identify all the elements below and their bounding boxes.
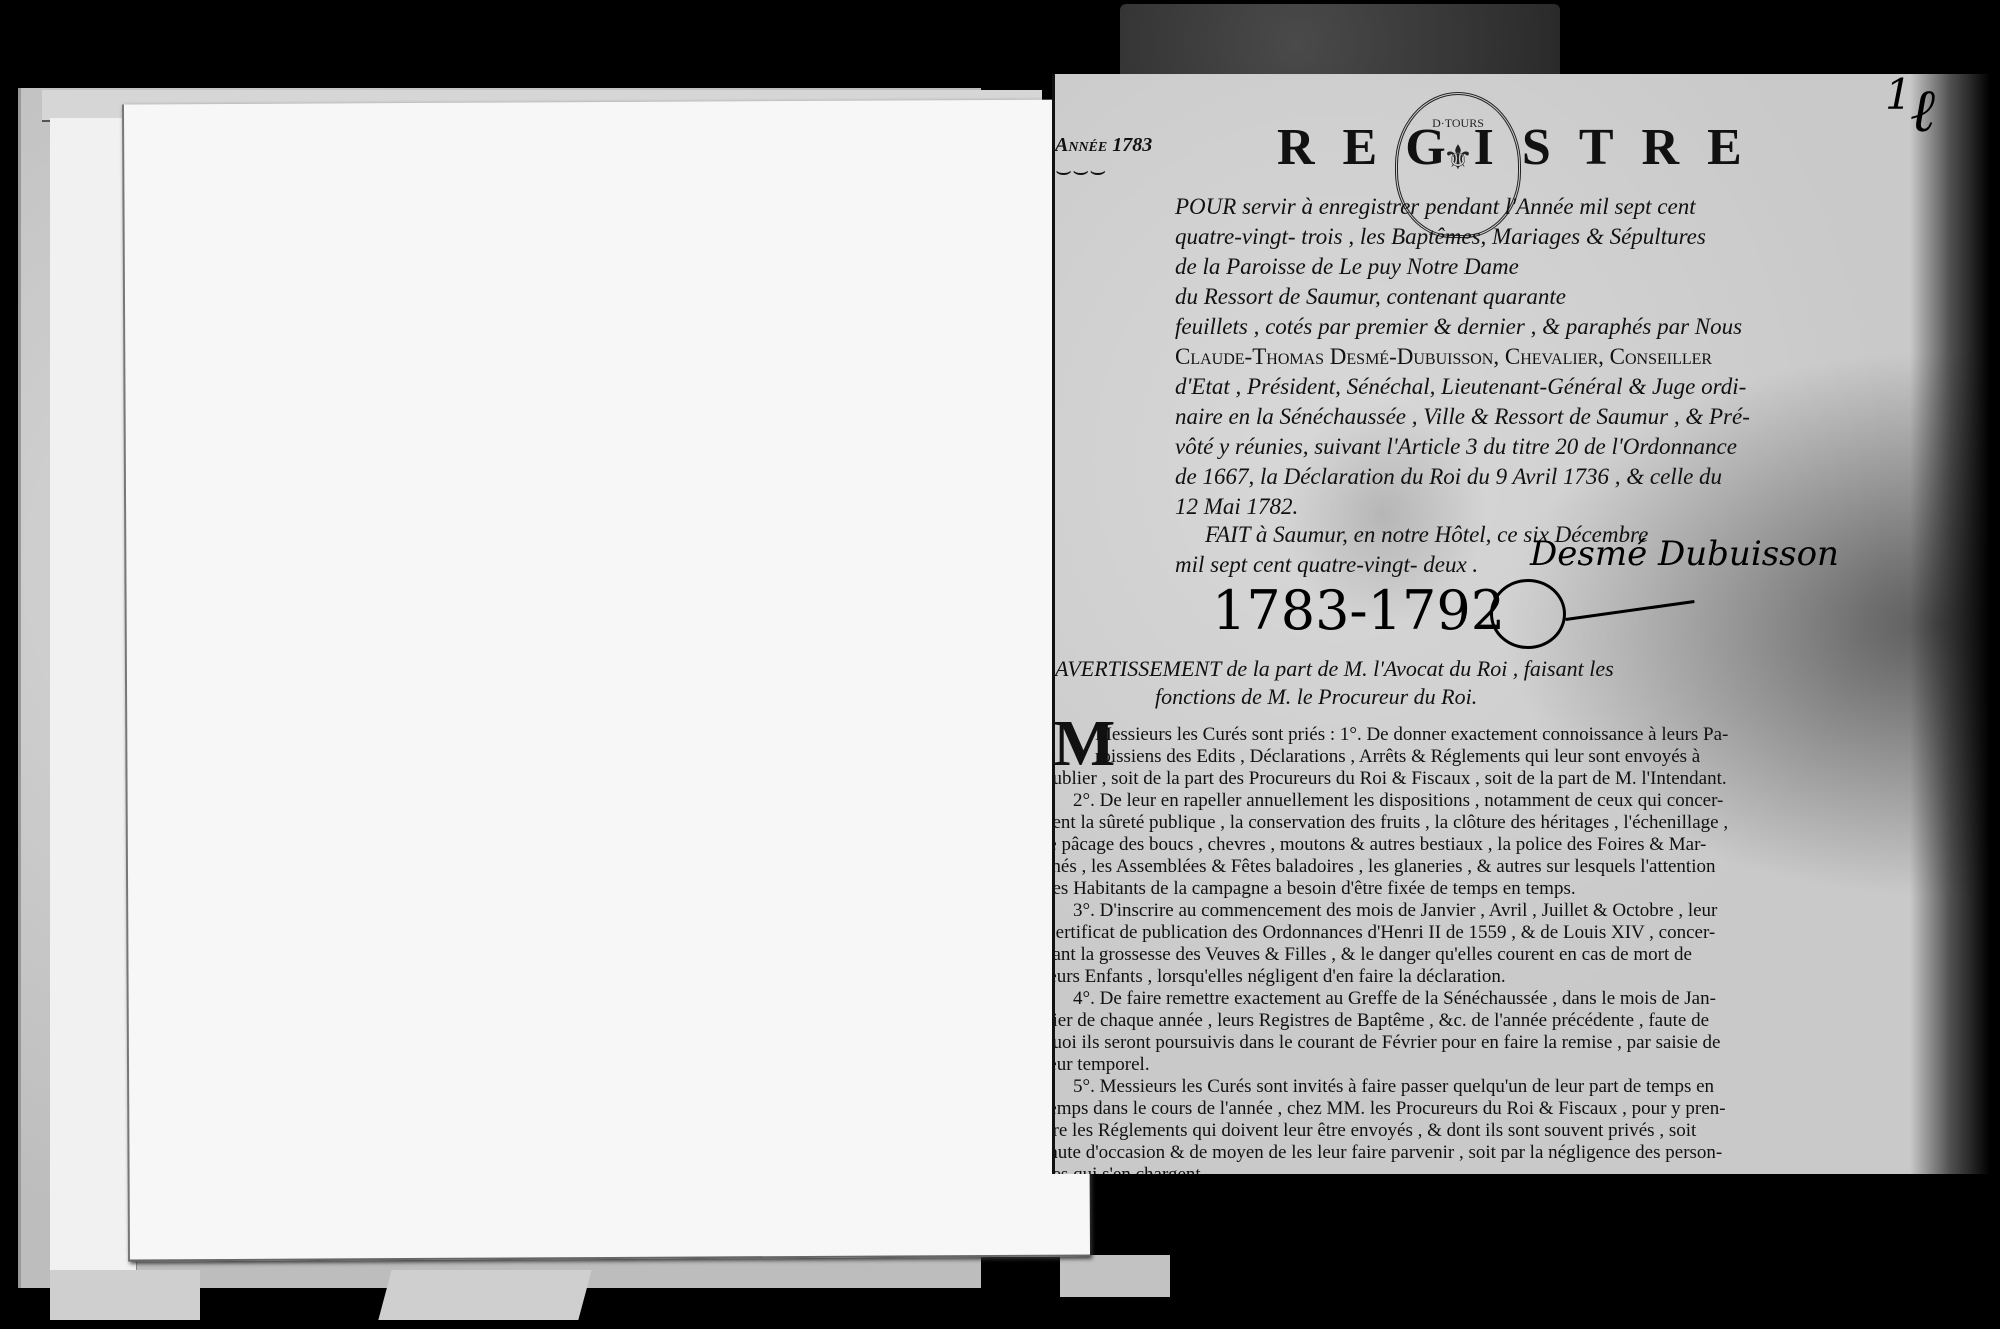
avertissement-line-10: Certificat de publication des Ordonnance… bbox=[1052, 922, 1715, 944]
register-title-page: 1 ℓ Année 1783 ⌣⌣⌣ REGISTRE D·TOURS ⚜ PO… bbox=[1052, 74, 1990, 1174]
register-cover-top bbox=[1120, 4, 1560, 82]
preamble-line-10: de 1667, la Déclaration du Roi du 9 Avri… bbox=[1175, 464, 1722, 490]
preamble-line-4: du Ressort de Saumur, contenant quarante bbox=[1175, 284, 1566, 310]
preamble-line-1: POUR servir à enregistrer pendant l'Anné… bbox=[1175, 194, 1696, 220]
folder-bottom-flap-3 bbox=[1060, 1255, 1170, 1297]
folder-bottom-flap bbox=[50, 1270, 200, 1320]
year-label: Année 1783 bbox=[1055, 134, 1152, 157]
fleur-de-lis-icon: ⚜ bbox=[1398, 151, 1518, 167]
register-title: REGISTRE bbox=[1277, 118, 1770, 177]
folder-bottom-flap-2 bbox=[378, 1270, 591, 1320]
preamble-line-9: vôté y réunies, suivant l'Article 3 du t… bbox=[1175, 434, 1737, 460]
preamble-line-8: naire en la Sénéchaussée , Ville & Resso… bbox=[1175, 404, 1750, 430]
blank-left-sheet bbox=[122, 99, 1090, 1261]
avertissement-line-7: chés , les Assemblées & Fêtes baladoires… bbox=[1052, 856, 1716, 878]
preamble-line-5: feuillets , cotés par premier & dernier … bbox=[1175, 314, 1742, 340]
preamble-line-3: de la Paroisse de Le puy Notre Dame bbox=[1175, 254, 1519, 280]
page-edge-shadow bbox=[1910, 74, 1990, 1174]
folio-flourish: ℓ bbox=[1910, 76, 1935, 146]
avertissement-line-19: dre les Réglements qui doivent leur être… bbox=[1052, 1120, 1696, 1142]
avertissement-line-21: nes qui s'en chargent. bbox=[1052, 1164, 1205, 1174]
avertissement-line-3: publier , soit de la part des Procureurs… bbox=[1052, 768, 1727, 790]
stamp-text: D·TOURS bbox=[1398, 115, 1518, 131]
avertissement-line-6: le pâcage des boucs , chevres , moutons … bbox=[1052, 834, 1706, 856]
avertissement-heading-2: fonctions de M. le Procureur du Roi. bbox=[1155, 684, 1477, 710]
avertissement-line-8: des Habitants de la campagne a besoin d'… bbox=[1052, 878, 1576, 900]
signature-desme-dubuisson: Desmé Dubuisson bbox=[1530, 534, 1839, 574]
avertissement-line-9: 3°. D'inscrire au commencement des mois … bbox=[1073, 900, 1717, 922]
preamble-line-13: mil sept cent quatre-vingt- deux . bbox=[1175, 552, 1478, 578]
avertissement-line-14: vier de chaque année , leurs Registres d… bbox=[1052, 1010, 1709, 1032]
year-label-brace: ⌣⌣⌣ bbox=[1055, 156, 1106, 187]
avertissement-line-11: nant la grossesse des Veuves & Filles , … bbox=[1052, 944, 1692, 966]
avertissement-line-12: leurs Enfants , lorsqu'elles négligent d… bbox=[1052, 966, 1506, 988]
folio-number: 1 bbox=[1885, 74, 1912, 119]
preamble-line-2: quatre-vingt- trois , les Baptêmes, Mari… bbox=[1175, 224, 1706, 250]
signature-paraph-stroke bbox=[1565, 600, 1694, 621]
avertissement-line-4: 2°. De leur en rapeller annuellement les… bbox=[1073, 790, 1723, 812]
avertissement-line-1: Messieurs les Curés sont priés : 1°. De … bbox=[1095, 724, 1728, 746]
preamble-line-7: d'Etat , Président, Sénéchal, Lieutenant… bbox=[1175, 374, 1746, 400]
avertissement-line-2: roissiens des Edits , Déclarations , Arr… bbox=[1095, 746, 1700, 768]
avertissement-line-17: 5°. Messieurs les Curés sont invités à f… bbox=[1073, 1076, 1714, 1098]
avertissement-line-13: 4°. De faire remettre exactement au Gref… bbox=[1073, 988, 1716, 1010]
preamble-line-6: Claude-Thomas Desmé-Dubuisson, Chevalier… bbox=[1175, 344, 1712, 370]
avertissement-line-5: nent la sûreté publique , la conservatio… bbox=[1052, 812, 1728, 834]
avertissement-heading: AVERTISSEMENT de la part de M. l'Avocat … bbox=[1055, 656, 1614, 682]
avertissement-line-20: faute d'occasion & de moyen de les leur … bbox=[1052, 1142, 1722, 1164]
signature-paraph bbox=[1490, 579, 1566, 649]
avertissement-line-15: quoi ils seront poursuivis dans le coura… bbox=[1052, 1032, 1720, 1054]
avertissement-line-18: temps dans le cours de l'année , chez MM… bbox=[1052, 1098, 1726, 1120]
handwritten-date-range: 1783-1792 bbox=[1212, 579, 1505, 642]
avertissement-line-16: leur temporel. bbox=[1052, 1054, 1150, 1076]
preamble-line-11: 12 Mai 1782. bbox=[1175, 494, 1298, 520]
